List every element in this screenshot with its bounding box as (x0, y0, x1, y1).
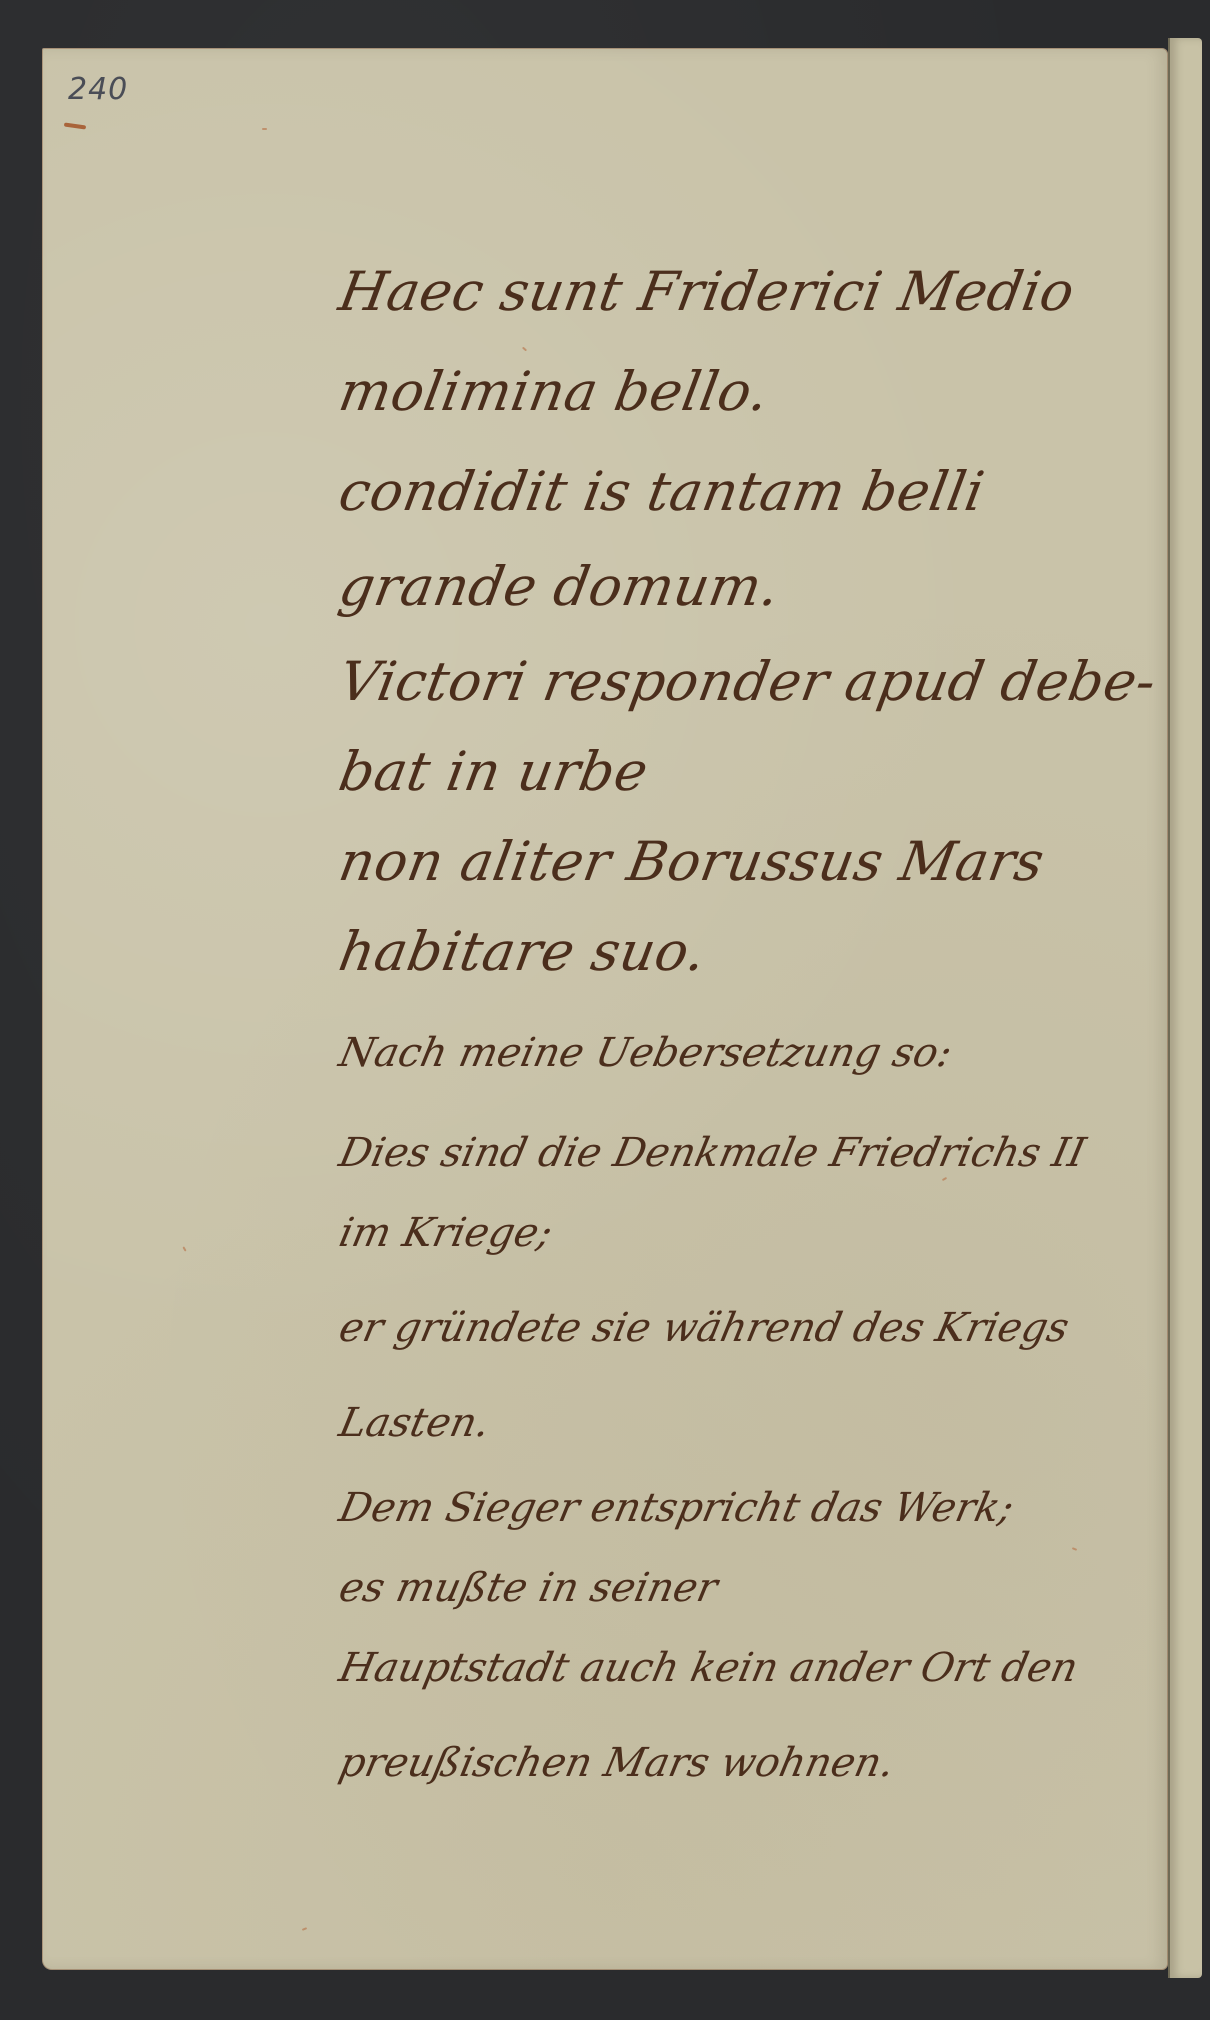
german-line-2: Dies sind die Denkmale Friedrichs II (335, 1130, 1089, 1176)
adjacent-page-edge (1168, 38, 1202, 1978)
page-number: 240 (68, 72, 128, 107)
german-line-3: im Kriege; (335, 1210, 556, 1256)
latin-line-4: grande domum. (334, 555, 784, 618)
paper-speck (302, 1927, 307, 1931)
paper-speck (522, 347, 527, 352)
german-line-6: Dem Sieger entspricht das Werk; (335, 1485, 1018, 1531)
latin-line-6: bat in urbe (334, 740, 653, 803)
latin-line-8: habitare suo. (334, 920, 710, 983)
latin-line-3: condidit is tantam belli (334, 460, 989, 523)
german-line-1: Nach meine Uebersetzung so: (335, 1030, 956, 1076)
german-line-4: er gründete sie während des Kriegs (335, 1305, 1073, 1351)
german-line-7: es mußte in seiner (335, 1565, 721, 1611)
paper-speck (942, 1177, 947, 1181)
latin-line-7: non aliter Borussus Mars (334, 830, 1049, 893)
paper-speck (262, 128, 267, 130)
paper-speck (1072, 1547, 1077, 1551)
paper-speck (182, 1246, 186, 1251)
german-line-5: Lasten. (335, 1400, 494, 1446)
latin-line-5: Victori responder apud debe- (334, 650, 1161, 713)
german-line-9: preußischen Mars wohnen. (335, 1740, 898, 1786)
latin-line-2: molimina bello. (334, 360, 773, 423)
german-line-8: Hauptstadt auch kein ander Ort den (335, 1645, 1082, 1691)
latin-line-1: Haec sunt Friderici Medio (334, 260, 1079, 323)
